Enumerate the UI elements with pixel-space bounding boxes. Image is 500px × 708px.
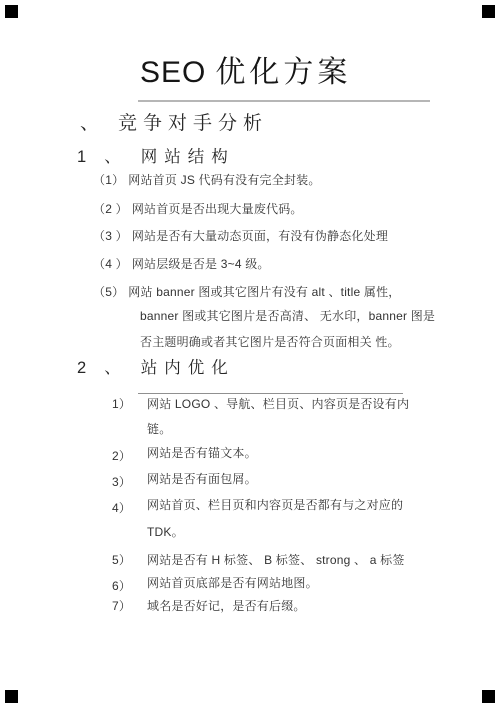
item-number: 6）: [112, 579, 147, 594]
item-text: 网站是否有大量动态页面，有没有伪静态化处理: [132, 229, 388, 243]
item-number: 7）: [112, 599, 147, 614]
heading-number: 1: [77, 148, 86, 168]
list-item: （5）网站 banner 图或其它图片有没有 alt 、title 属性，: [93, 285, 400, 300]
section-heading-site-structure: 1、网站结构: [77, 148, 235, 168]
list-item: 3）网站是否有面包屑。: [112, 472, 257, 487]
list-item: （1）网站首页 JS 代码有没有完全封装。: [93, 173, 321, 188]
item-number: 3）: [112, 475, 147, 490]
heading-number: 2: [77, 359, 86, 379]
list-item: 2）网站是否有锚文本。: [112, 446, 257, 461]
list-item-continuation: TDK。: [147, 525, 184, 540]
page-title: SEO优化方案: [140, 55, 351, 91]
list-item: 1）网站 LOGO 、导航、栏目页、内容页是否设有内: [112, 397, 409, 412]
item-text: 网站 LOGO 、导航、栏目页、内容页是否设有内: [147, 397, 409, 411]
item-text: 网站是否有锚文本。: [147, 446, 257, 460]
item-number: （4 ）: [93, 257, 128, 272]
item-text: 网站首页、栏目页和内容页是否都有与之对应的: [147, 498, 403, 512]
list-item-continuation: 链。: [147, 422, 171, 437]
heading-marker: 、: [104, 359, 121, 377]
document-page: SEO优化方案 、竞争对手分析 1、网站结构 （1）网站首页 JS 代码有没有完…: [0, 0, 500, 708]
list-item-continuation: banner 图或其它图片是否高清、 无水印，banner 图是: [140, 309, 435, 324]
item-number: 4）: [112, 501, 147, 516]
corner-marker-bottom-left: [5, 690, 18, 703]
item-number: （3 ）: [93, 229, 128, 244]
list-item: （3 ）网站是否有大量动态页面，有没有伪静态化处理: [93, 229, 388, 244]
list-item: 7）域名是否好记，是否有后缀。: [112, 599, 306, 614]
item-text: 网站层级是否是 3~4 级。: [132, 257, 270, 271]
corner-marker-top-right: [482, 5, 495, 18]
heading-marker: 、: [104, 148, 121, 166]
list-separator-line: [138, 393, 403, 394]
page-title-latin: SEO: [140, 56, 206, 89]
item-text: 网站首页是否出现大量废代码。: [132, 202, 303, 216]
item-text: 网站是否有面包屑。: [147, 472, 257, 486]
list-item: （4 ）网站层级是否是 3~4 级。: [93, 257, 270, 272]
item-number: （2 ）: [93, 202, 128, 217]
list-item-continuation: 否主题明确或者其它图片是否符合页面相关 性。: [140, 335, 400, 350]
corner-marker-bottom-right: [482, 690, 495, 703]
item-text: 网站 banner 图或其它图片有没有 alt 、title 属性，: [128, 285, 400, 299]
list-item: 4）网站首页、栏目页和内容页是否都有与之对应的: [112, 498, 403, 513]
heading-marker: 、: [80, 113, 99, 134]
item-number: 1）: [112, 397, 147, 412]
item-text: 网站是否有 H 标签、 B 标签、 strong 、 a 标签: [147, 553, 405, 567]
item-number: （5）: [93, 285, 124, 300]
section-heading-competitor-analysis: 、竞争对手分析: [80, 112, 268, 136]
list-item: （2 ）网站首页是否出现大量废代码。: [93, 202, 303, 217]
list-item: 6）网站首页底部是否有网站地图。: [112, 576, 318, 591]
item-number: （1）: [93, 173, 124, 188]
item-number: 2）: [112, 449, 147, 464]
list-item: 5）网站是否有 H 标签、 B 标签、 strong 、 a 标签: [112, 553, 405, 568]
item-text: 网站首页 JS 代码有没有完全封装。: [128, 173, 320, 187]
page-title-cjk: 优化方案: [215, 56, 351, 89]
item-text: 域名是否好记，是否有后缀。: [147, 599, 306, 613]
section-heading-onsite-optimization: 2、站内优化: [77, 359, 235, 379]
heading-label: 站内优化: [141, 359, 235, 377]
heading-label: 网站结构: [141, 148, 235, 166]
item-text: 网站首页底部是否有网站地图。: [147, 576, 318, 590]
corner-marker-top-left: [5, 5, 18, 18]
heading-label: 竞争对手分析: [118, 113, 268, 134]
title-underline: [138, 100, 430, 102]
item-number: 5）: [112, 553, 147, 568]
